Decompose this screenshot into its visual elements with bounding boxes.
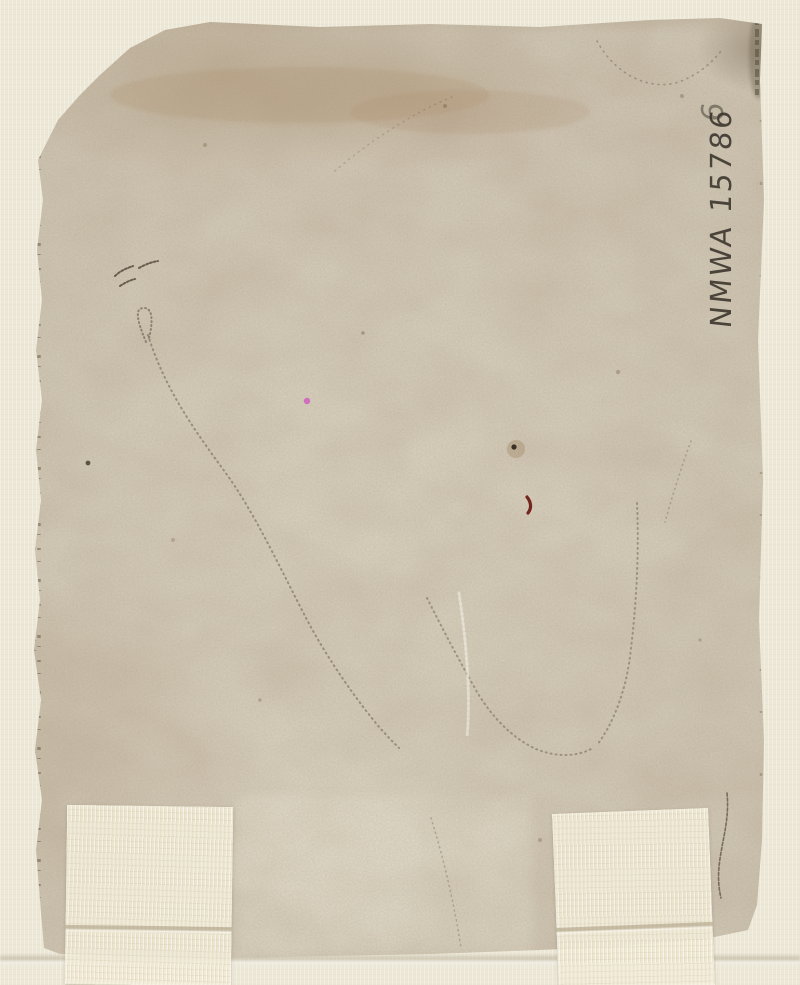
photograph-canvas: NMWA 15786 6 — [0, 0, 800, 985]
accession-inscription-overstrike: 6 — [696, 98, 731, 123]
hinge-tape-left — [65, 805, 233, 985]
accession-inscription: NMWA 15786 — [704, 106, 738, 330]
hinge-tape-right — [552, 808, 715, 985]
pink-fleck — [304, 398, 310, 404]
tape-fold-line — [65, 925, 231, 934]
tape-fold-line — [556, 922, 712, 935]
